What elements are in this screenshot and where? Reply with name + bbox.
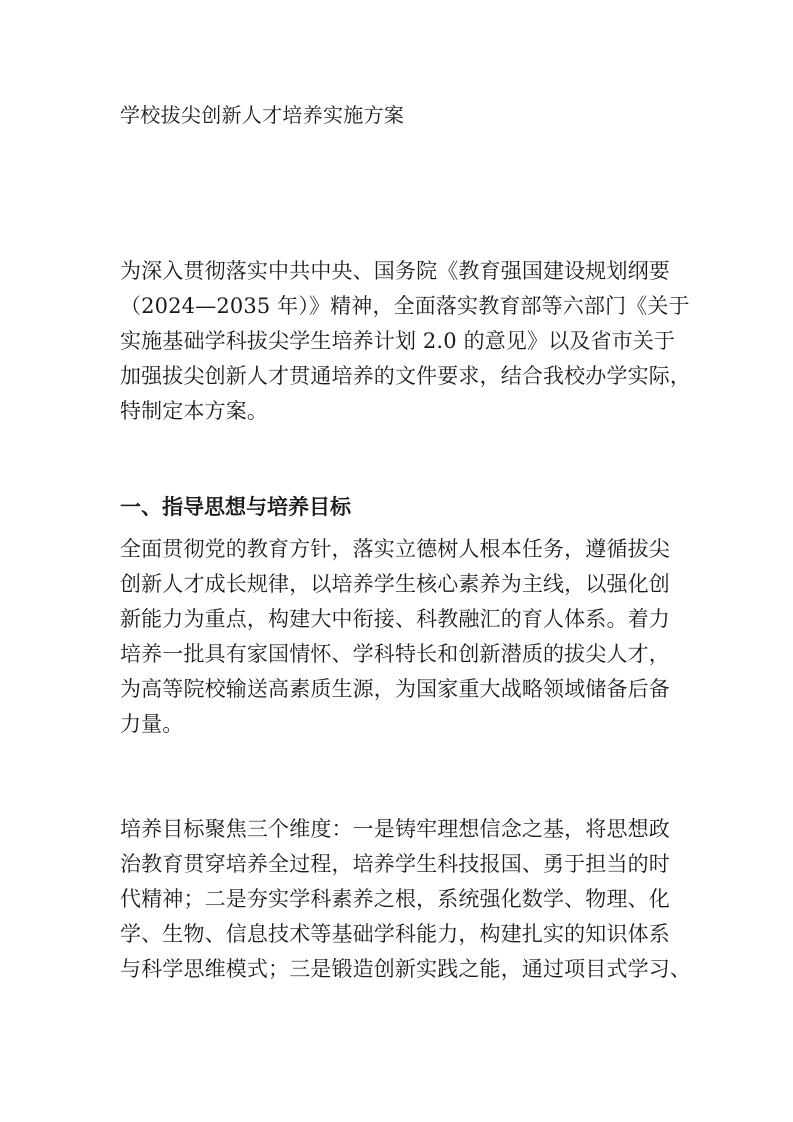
intro-paragraph: 为深入贯彻落实中共中央、国务院《教育强国建设规划纲要 （2024—2035 年）… (120, 254, 676, 429)
text-line: 与科学思维模式；三是锻造创新实践之能，通过项目式学习、 (120, 952, 676, 987)
text-line: 实施基础学科拔尖学生培养计划 2.0 的意见》以及省市关于 (120, 324, 676, 359)
text-line: 为高等院校输送高素质生源，为国家重大战略领域储备后备 (120, 672, 676, 707)
text-line: 培养一批具有家国情怀、学科特长和创新潜质的拔尖人才， (120, 637, 676, 672)
section-heading: 一、指导思想与培养目标 (120, 490, 351, 525)
text-line: 为深入贯彻落实中共中央、国务院《教育强国建设规划纲要 (120, 254, 676, 289)
body-paragraph: 全面贯彻党的教育方针，落实立德树人根本任务，遵循拔尖 创新人才成长规律，以培养学… (120, 532, 676, 742)
text-line: 加强拔尖创新人才贯通培养的文件要求，结合我校办学实际， (120, 359, 676, 394)
text-line: 代精神；二是夯实学科素养之根，系统强化数学、物理、化 (120, 882, 676, 917)
text-line: （2024—2035 年）》精神，全面落实教育部等六部门《关于 (120, 289, 676, 324)
text-line: 创新人才成长规律，以培养学生核心素养为主线，以强化创 (120, 567, 676, 602)
text-line: 新能力为重点，构建大中衔接、科教融汇的育人体系。着力 (120, 602, 676, 637)
text-line: 学、生物、信息技术等基础学科能力，构建扎实的知识体系 (120, 917, 676, 952)
text-line: 培养目标聚焦三个维度：一是铸牢理想信念之基，将思想政 (120, 812, 676, 847)
document-title: 学校拔尖创新人才培养实施方案 (120, 101, 404, 129)
text-line: 治教育贯穿培养全过程，培养学生科技报国、勇于担当的时 (120, 847, 676, 882)
text-line: 特制定本方案。 (120, 394, 676, 429)
body-paragraph: 培养目标聚焦三个维度：一是铸牢理想信念之基，将思想政 治教育贯穿培养全过程，培养… (120, 812, 676, 987)
document-page: 学校拔尖创新人才培养实施方案 为深入贯彻落实中共中央、国务院《教育强国建设规划纲… (0, 0, 793, 1122)
text-line: 全面贯彻党的教育方针，落实立德树人根本任务，遵循拔尖 (120, 532, 676, 567)
text-line: 力量。 (120, 707, 676, 742)
